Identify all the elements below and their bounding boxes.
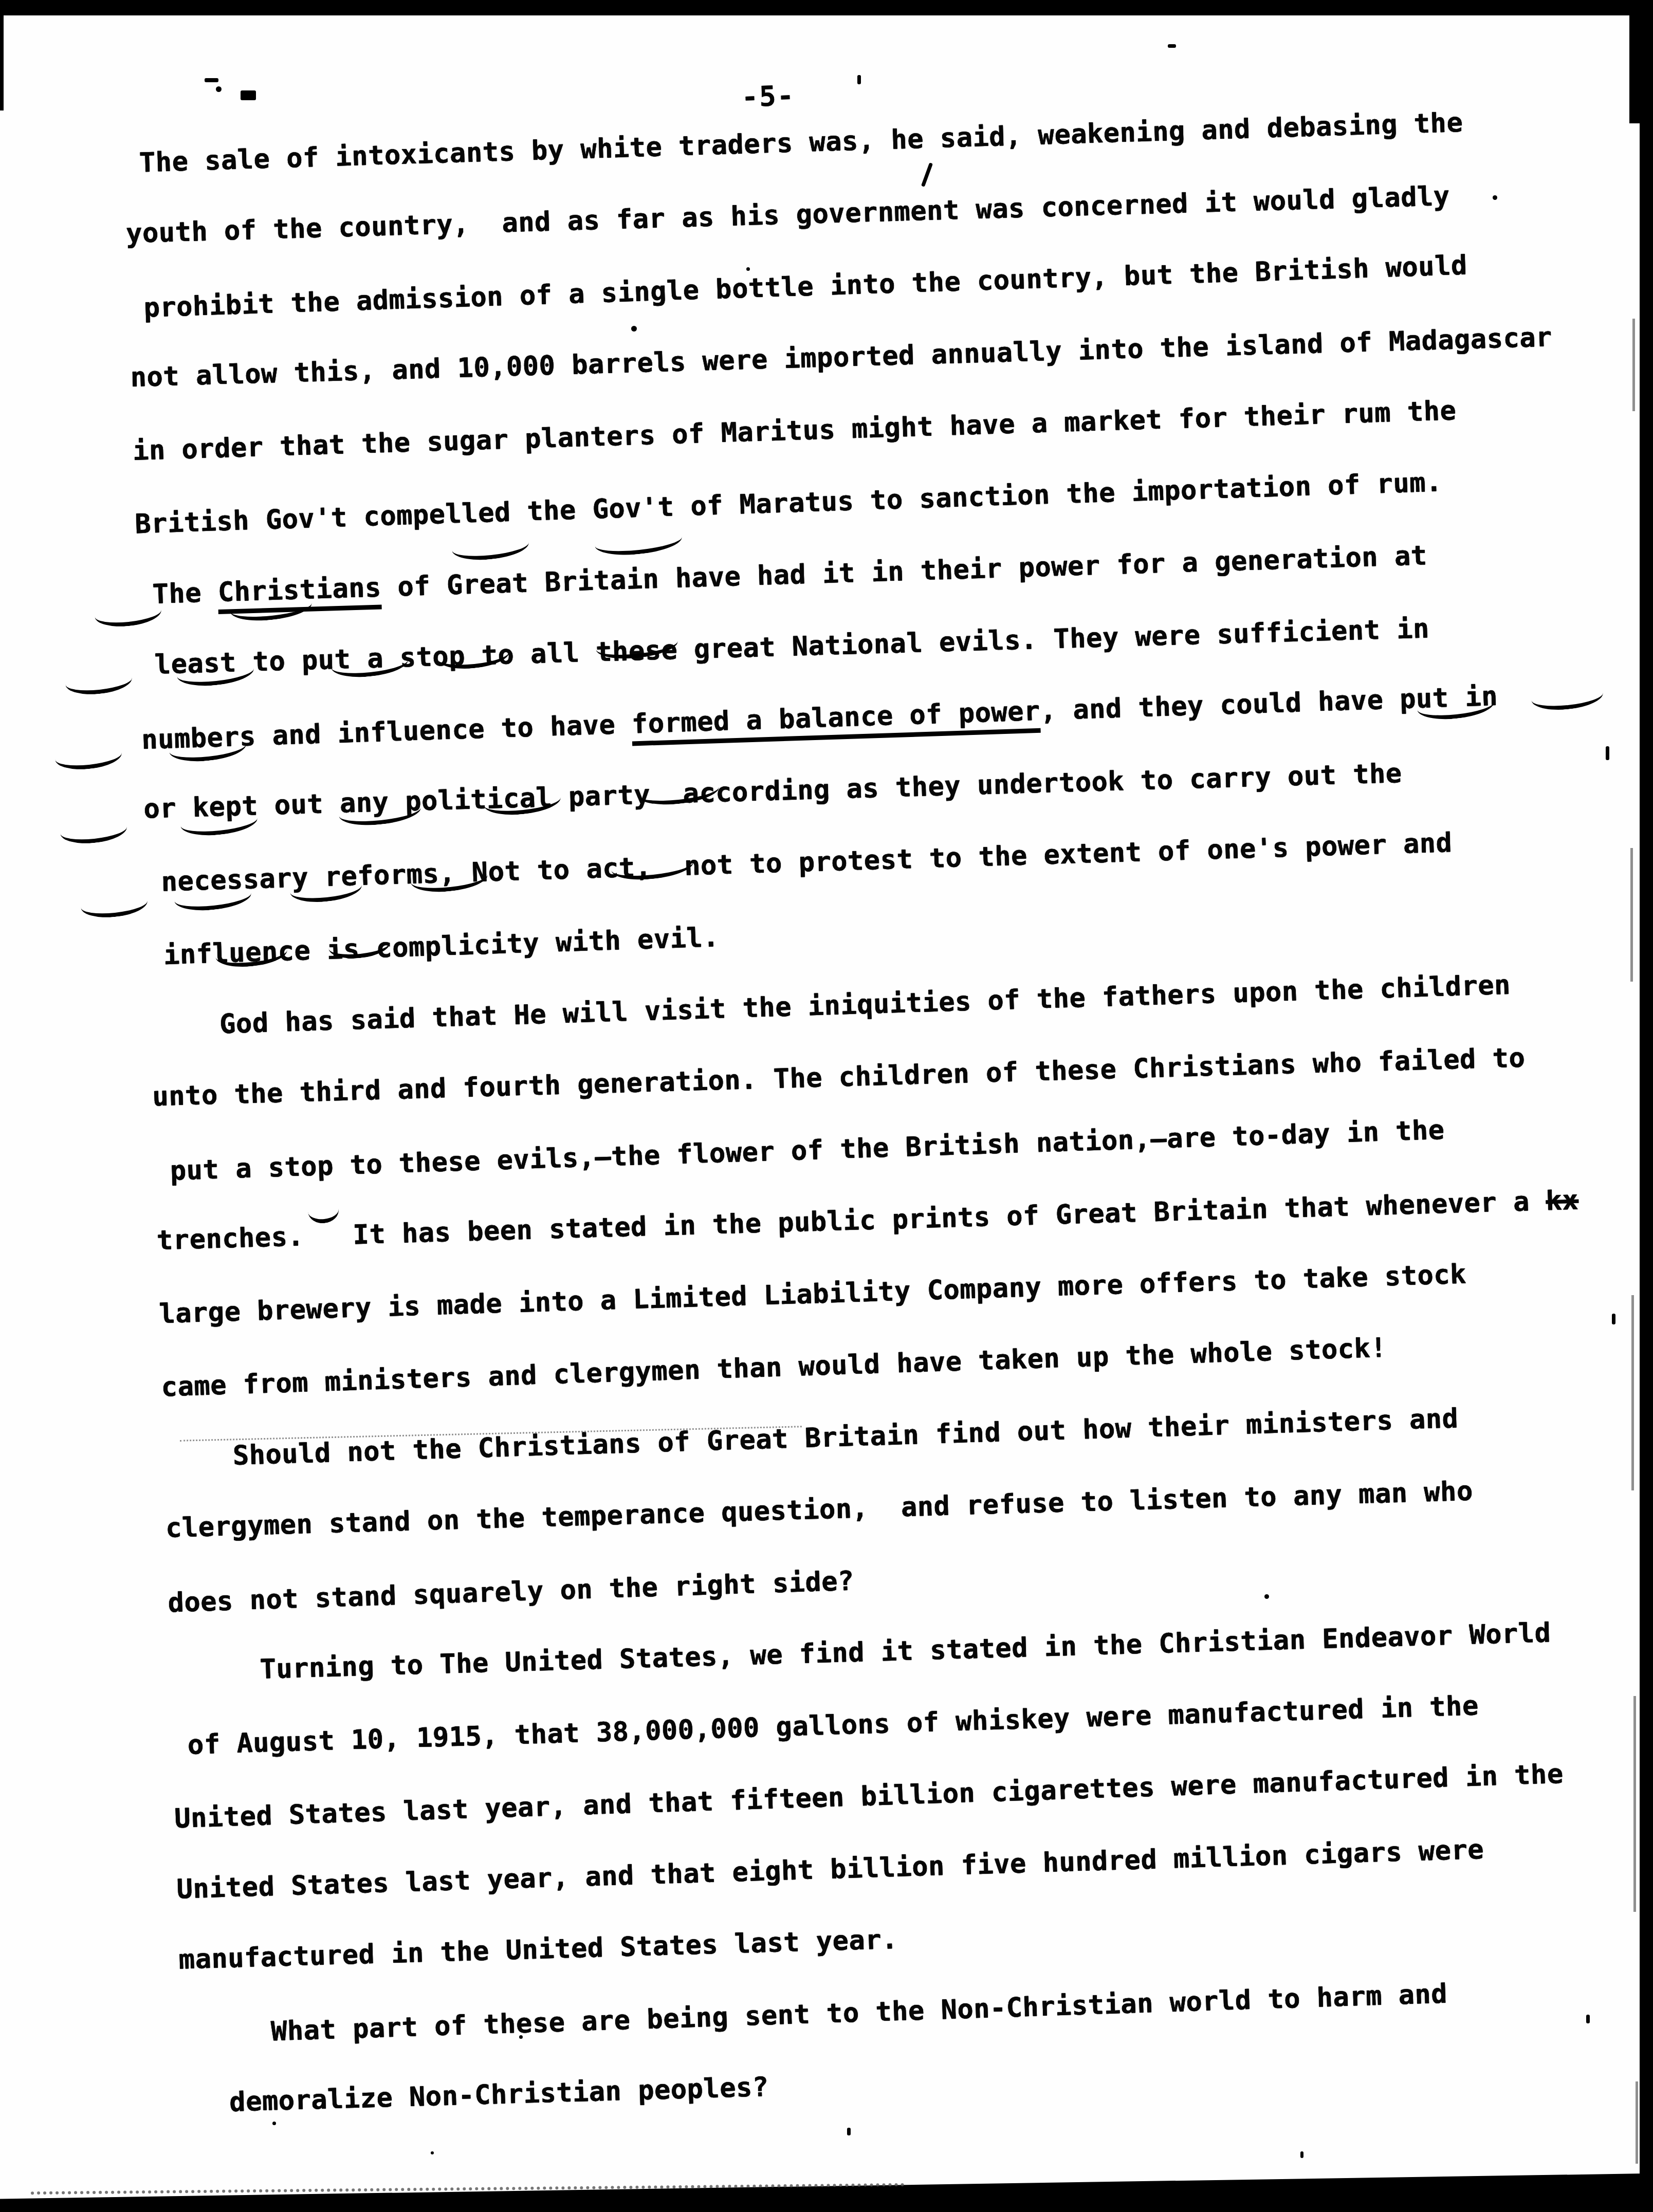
scan-speck	[272, 2122, 276, 2125]
text-segment: of Great Britain have had it in their po…	[381, 540, 1428, 603]
text-segment: The	[152, 577, 218, 610]
edge-bleed-smudge	[1631, 1295, 1634, 1490]
text-segment: does not stand squarely on the right sid…	[168, 1565, 855, 1618]
scan-speck	[857, 75, 861, 84]
scan-border-left	[0, 0, 4, 110]
scan-speck	[205, 78, 218, 82]
scan-speck	[1264, 1594, 1269, 1599]
scan-speck	[431, 2151, 434, 2154]
scan-speck	[847, 2128, 851, 2135]
scan-border-top	[0, 0, 1653, 15]
struck-text: kx	[1546, 1185, 1579, 1217]
scan-border-right	[1640, 0, 1653, 2212]
underlined-text: formed a balance of power	[631, 696, 1041, 746]
text-segment: or kept out any political party accordin…	[143, 758, 1403, 825]
scan-speck	[1300, 2151, 1303, 2158]
scan-speck	[1612, 1314, 1615, 1324]
edge-bleed-smudge	[1630, 848, 1633, 982]
scan-speck	[519, 2035, 523, 2039]
scan-speck	[746, 267, 750, 271]
text-segment: manufactured in the United States last y…	[178, 1924, 898, 1976]
scan-speck	[1191, 1786, 1195, 1790]
scan-speck	[1493, 195, 1497, 200]
scan-text-layer: -5- The sale of intoxicants by white tra…	[0, 0, 1653, 2212]
scanned-document-page: -5- The sale of intoxicants by white tra…	[0, 0, 1653, 2212]
scan-speck	[241, 90, 256, 100]
text-segment: demoralize Non-Christian peoples?	[229, 2072, 769, 2118]
text-segment: , and they could have put in	[1040, 681, 1498, 727]
scan-border-right-top	[1629, 0, 1653, 123]
scan-speck	[1606, 746, 1609, 760]
edge-bleed-smudge	[1632, 319, 1635, 411]
document-lines: The sale of intoxicants by white traders…	[123, 83, 1653, 2142]
scan-speck	[1168, 44, 1176, 48]
scan-speck	[1586, 2015, 1590, 2023]
edge-bleed-smudge	[1636, 2081, 1638, 2164]
scan-speck	[216, 86, 222, 92]
scan-speck	[631, 326, 637, 331]
edge-bleed-smudge	[1633, 1696, 1636, 1912]
